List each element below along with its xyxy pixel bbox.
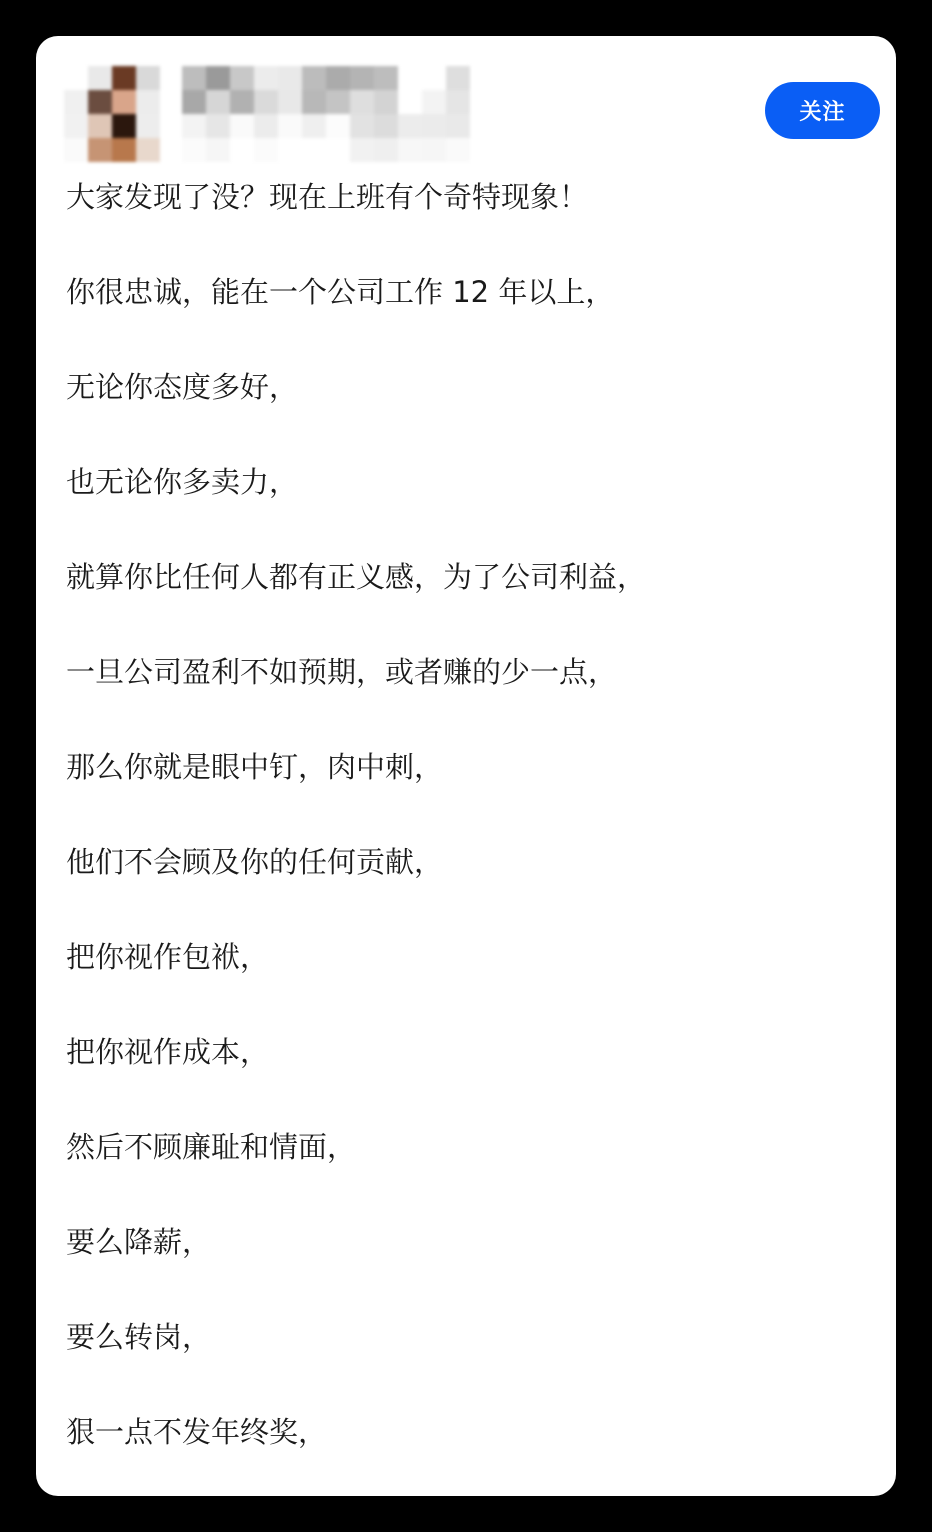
post-line: 他们不会顾及你的任何贡献， — [66, 839, 866, 934]
post-line: 你很忠诚，能在一个公司工作 12 年以上， — [66, 269, 866, 364]
post-line: 把你视作包袱， — [66, 934, 866, 1029]
post-body: 大家发现了没？现在上班有个奇特现象！ 你很忠诚，能在一个公司工作 12 年以上，… — [66, 174, 866, 1496]
avatar[interactable] — [64, 66, 160, 162]
post-line: 就算你比任何人都有正义感，为了公司利益， — [66, 554, 866, 649]
post-card: 关注 大家发现了没？现在上班有个奇特现象！ 你很忠诚，能在一个公司工作 12 年… — [36, 36, 896, 1496]
post-line: 也无论你多卖力， — [66, 459, 866, 554]
post-line: 要么转岗， — [66, 1314, 866, 1409]
post-line: 狠一点不发年终奖， — [66, 1409, 866, 1496]
post-line: 把你视作成本， — [66, 1029, 866, 1124]
post-line: 然后不顾廉耻和情面， — [66, 1124, 866, 1219]
post-line: 无论你态度多好， — [66, 364, 866, 459]
follow-button[interactable]: 关注 — [765, 82, 880, 139]
post-line: 要么降薪， — [66, 1219, 866, 1314]
username[interactable] — [182, 66, 470, 162]
post-header: 关注 — [36, 36, 896, 166]
post-line: 大家发现了没？现在上班有个奇特现象！ — [66, 174, 866, 269]
post-line: 那么你就是眼中钉，肉中刺， — [66, 744, 866, 839]
post-line: 一旦公司盈利不如预期，或者赚的少一点， — [66, 649, 866, 744]
